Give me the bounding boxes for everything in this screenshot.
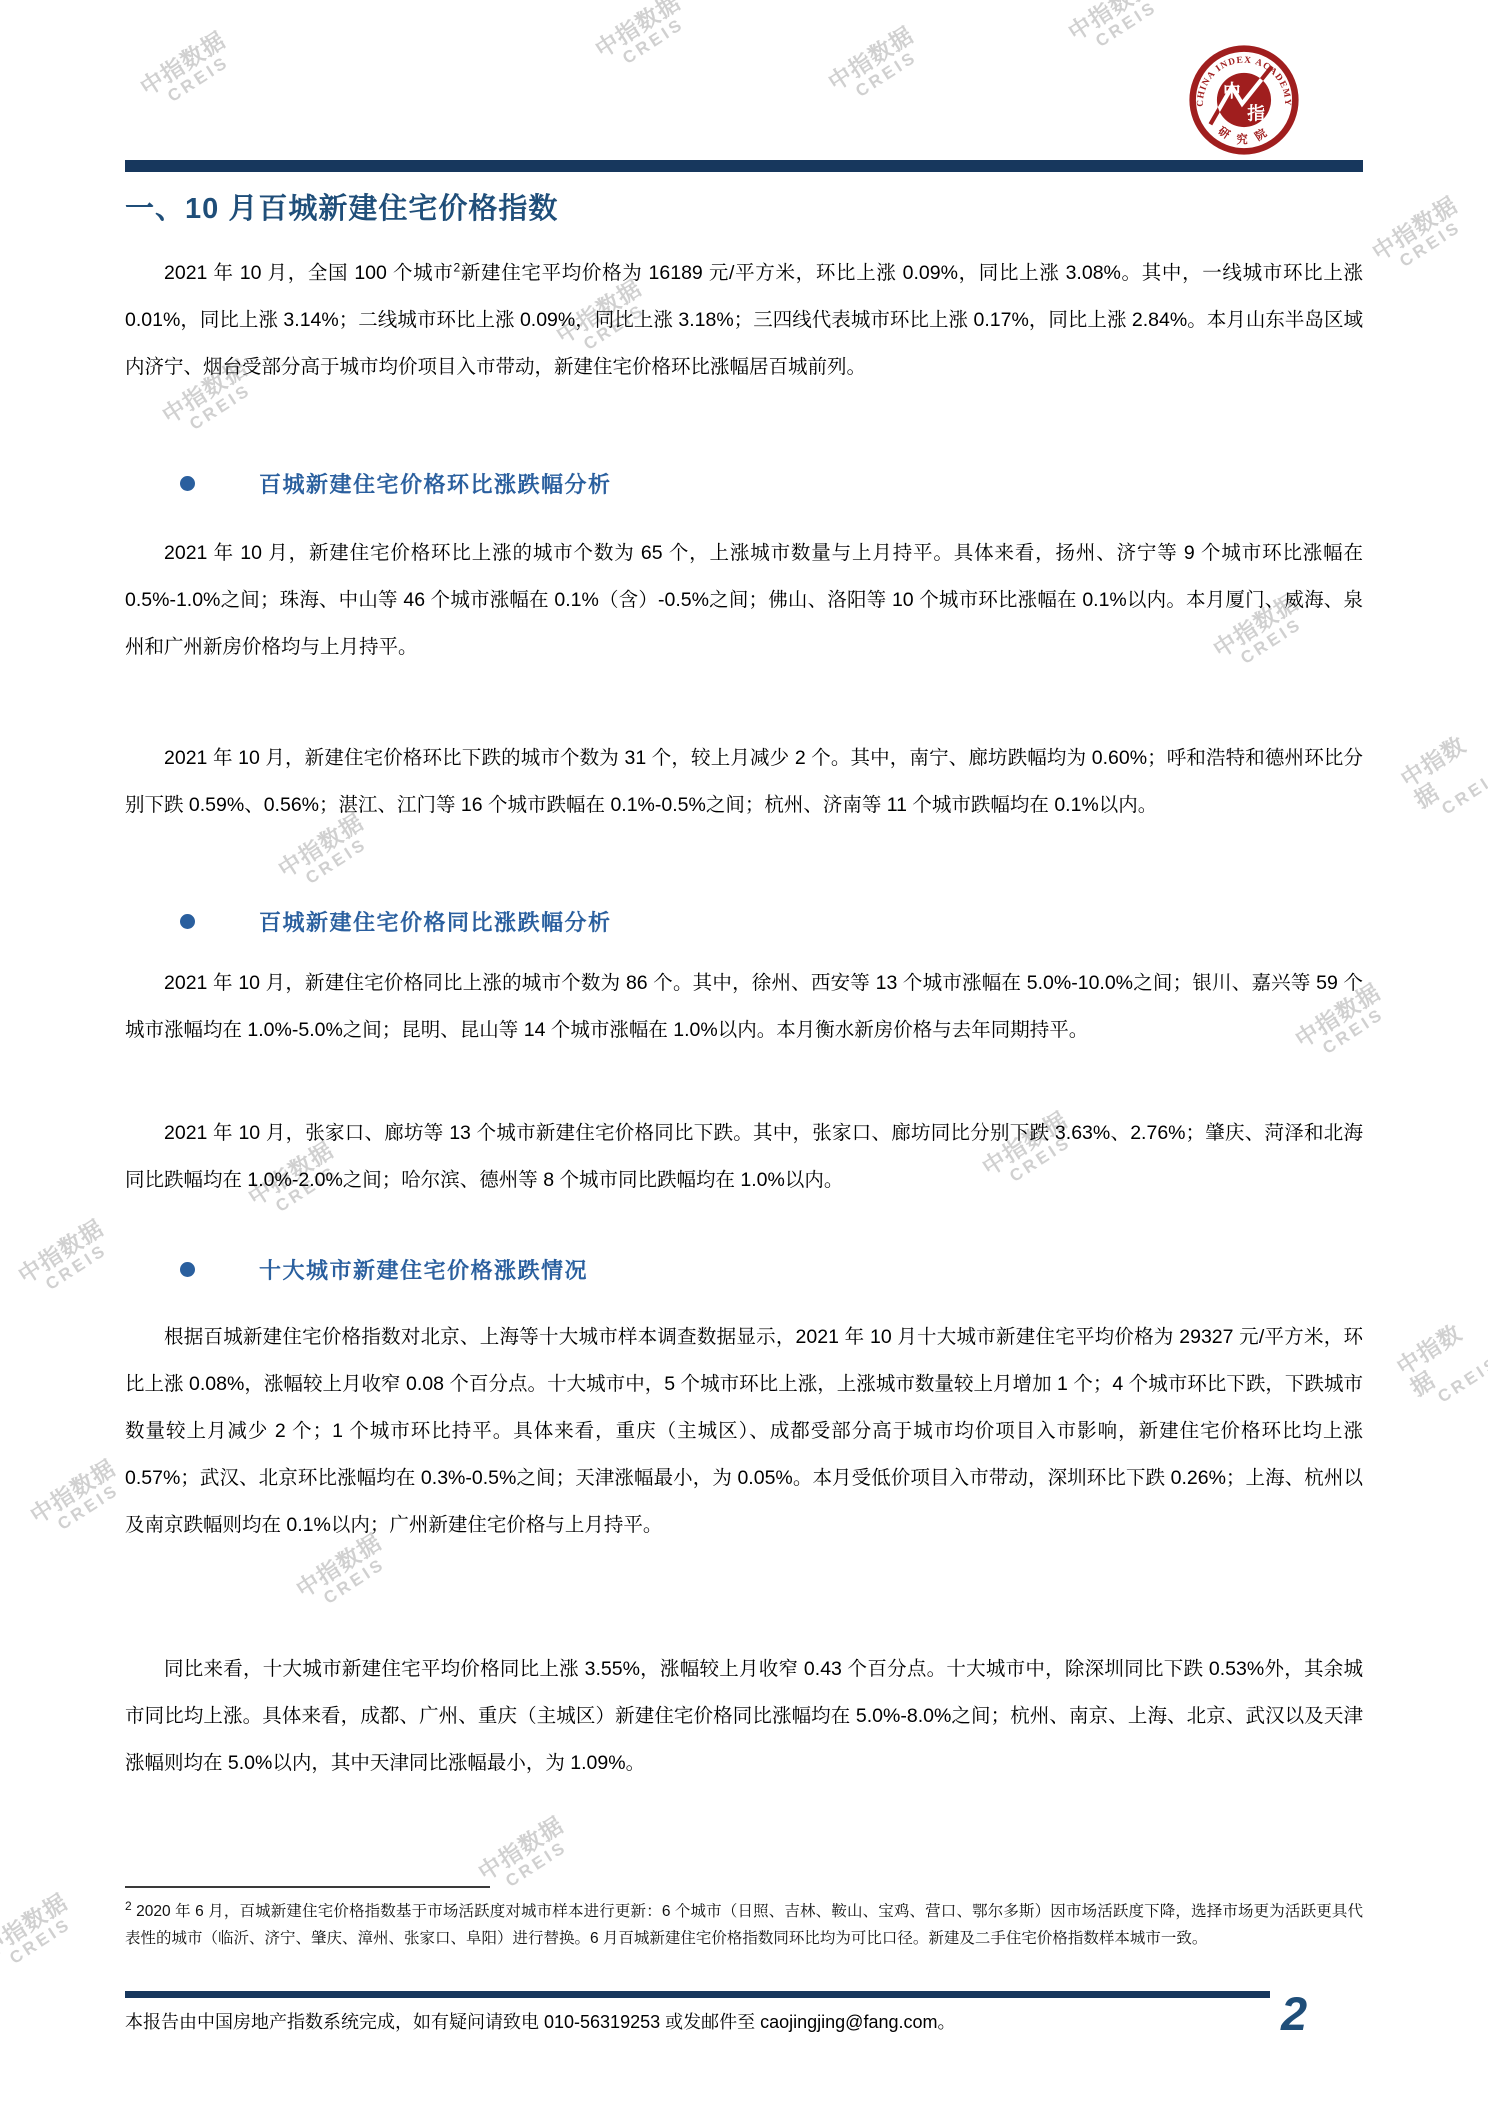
seal-char-zhi: 指 (1247, 103, 1265, 124)
china-index-academy-logo: CHINA INDEX ACADEMY 中 指 研 究 院 (1188, 44, 1300, 156)
footer-text: 本报告由中国房地产指数系统完成，如有疑问请致电 010-56319253 或发邮… (125, 2008, 1245, 2034)
paragraph-5: 2021 年 10 月，张家口、廊坊等 13 个城市新建住宅价格同比下跌。其中，… (125, 1110, 1363, 1204)
bullet-icon (180, 914, 195, 929)
footnote-separator (125, 1886, 490, 1888)
section-heading-label: 十大城市新建住宅价格涨跌情况 (259, 1254, 588, 1285)
paragraph-7: 同比来看，十大城市新建住宅平均价格同比上涨 3.55%，涨幅较上月收窄 0.43… (125, 1646, 1363, 1787)
section-heading-yoy: 百城新建住宅价格同比涨跌幅分析 (180, 906, 612, 937)
section-heading-top10: 十大城市新建住宅价格涨跌情况 (180, 1254, 588, 1285)
report-page: 中指数据CREIS中指数据CREIS中指数据CREIS中指数据CREIS中指数据… (0, 0, 1488, 2104)
paragraph-1: 2021 年 10 月，全国 100 个城市2新建住宅平均价格为 16189 元… (125, 250, 1363, 391)
section-heading-label: 百城新建住宅价格同比涨跌幅分析 (259, 906, 612, 937)
page-number: 2 (1281, 1986, 1307, 2041)
footnote-text: 2020 年 6 月，百城新建住宅价格指数基于市场活跃度对城市样本进行更新：6 … (125, 1903, 1363, 1947)
footnote-marker: 2 (125, 1899, 132, 1913)
footer-rule (125, 1991, 1270, 1998)
paragraph-4: 2021 年 10 月，新建住宅价格同比上涨的城市个数为 86 个。其中，徐州、… (125, 960, 1363, 1054)
section-heading-label: 百城新建住宅价格环比涨跌幅分析 (259, 468, 612, 499)
seal-char-zhong: 中 (1223, 80, 1241, 101)
bullet-icon (180, 1262, 195, 1277)
paragraph-2: 2021 年 10 月，新建住宅价格环比上涨的城市个数为 65 个，上涨城市数量… (125, 530, 1363, 671)
bullet-icon (180, 476, 195, 491)
paragraph-1-text: 2021 年 10 月，全国 100 个城市 (164, 262, 454, 284)
page-title: 一、10 月百城新建住宅价格指数 (125, 186, 1363, 227)
content: 一、10 月百城新建住宅价格指数 2021 年 10 月，全国 100 个城市2… (0, 0, 1488, 2104)
paragraph-3: 2021 年 10 月，新建住宅价格环比下跌的城市个数为 31 个，较上月减少 … (125, 735, 1363, 829)
section-heading-mom: 百城新建住宅价格环比涨跌幅分析 (180, 468, 612, 499)
footnote: 2 2020 年 6 月，百城新建住宅价格指数基于市场活跃度对城市样本进行更新：… (125, 1898, 1363, 1952)
paragraph-6: 根据百城新建住宅价格指数对北京、上海等十大城市样本调查数据显示，2021 年 1… (125, 1314, 1363, 1549)
